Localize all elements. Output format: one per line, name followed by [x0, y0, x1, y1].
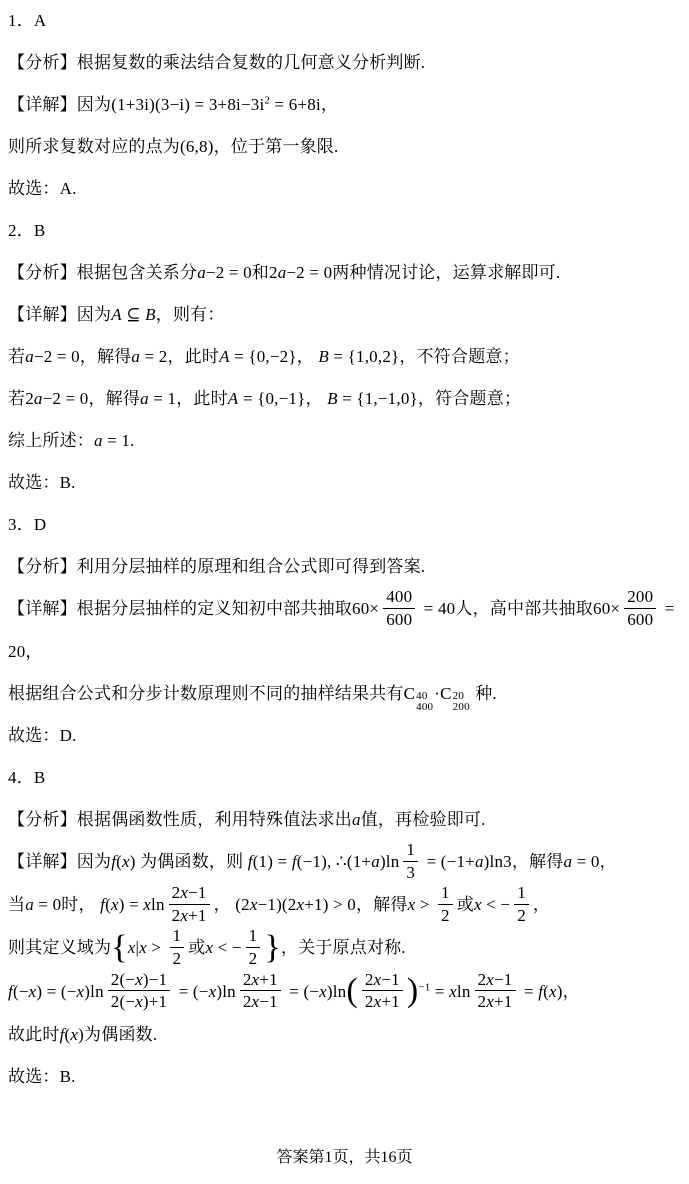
fraction-numerator: 400 [383, 587, 415, 609]
math-run: = {0,−1} [238, 389, 305, 408]
solution-line: 则其定义域为{x|x > 12或x < −12}，关于原点对称. [8, 927, 681, 970]
fraction: 12 [514, 883, 529, 925]
solution-line: 【详解】因为A ⊆ B，则有： [8, 294, 681, 336]
solution-answer: 2．B [8, 210, 681, 252]
text-run: ，不符合题意； [399, 347, 519, 366]
math-variable: x [486, 970, 494, 989]
text-run: 根据组合公式和分步计数原理则不同的抽样结果共有 [8, 684, 404, 703]
text-run: ， [533, 895, 550, 914]
math-run: 2 [25, 389, 34, 408]
math-run: = {0,−2} [230, 347, 297, 366]
math-variable: x [135, 970, 143, 989]
text-run: 和 [252, 263, 269, 282]
text-run: ， [305, 389, 327, 408]
text-run: 两种情况讨论，运算求解即可. [332, 263, 560, 282]
math-variable: A [228, 389, 239, 408]
math-variable: a [563, 852, 572, 871]
text-run: 或 [457, 895, 474, 914]
text-run: 种. [471, 684, 497, 703]
math-variable: x [486, 992, 494, 1011]
fraction-numerator: 2x+1 [240, 970, 281, 992]
text-run: 【分析】利用分层抽样的原理和组合公式即可得到答案. [8, 557, 425, 576]
math-variable: a [371, 852, 380, 871]
fraction-denominator: 2 [438, 905, 453, 926]
math-variable: x [250, 895, 258, 914]
solution-line: 【详解】因为f(x) 为偶函数，则 f(1) = f(−1), ∴(1+a)ln… [8, 841, 681, 884]
solution-line: 【分析】根据复数的乘法结合复数的几何意义分析判断. [8, 42, 681, 84]
solution-line: 当a = 0时， f(x) = xln2x−12x+1， (2x−1)(2x+1… [8, 884, 681, 927]
math-run: = 0 [34, 895, 61, 914]
math-run: )ln [327, 982, 346, 1001]
subscript: 200 [453, 702, 470, 714]
math-run: −2 = 0 [43, 389, 89, 408]
text-run: ， [297, 347, 319, 366]
math-variable: x [374, 970, 382, 989]
fraction-numerator: 2(−x)−1 [108, 970, 170, 992]
math-run: (6,8) [180, 137, 214, 156]
text-run: 当 [8, 895, 25, 914]
math-run: (− [13, 982, 29, 1001]
fraction-numerator: 1 [514, 883, 529, 905]
text-run: 【分析】根据复数的乘法结合复数的几何意义分析判断. [8, 53, 425, 72]
math-run: = [520, 982, 539, 1001]
text-run: 故选：B. [8, 1067, 76, 1086]
fraction-denominator: 2 [514, 905, 529, 926]
math-variable: a [131, 347, 140, 366]
solution-answer: 1．A [8, 0, 681, 42]
fraction: 12 [170, 926, 185, 968]
math-run: = (− [285, 982, 319, 1001]
solution-line: 【分析】根据偶函数性质，利用特殊值法求出a值，再检验即可. [8, 799, 681, 841]
text-run: 若 [8, 389, 25, 408]
math-run: −2 = 0 [206, 263, 252, 282]
math-variable: x [252, 992, 260, 1011]
math-run: ·C [434, 684, 451, 703]
solution-line: 故选：B. [8, 1056, 681, 1098]
fraction-numerator: 2x−1 [362, 970, 403, 992]
solution-block: 2．B【分析】根据包含关系分a−2 = 0和2a−2 = 0两种情况讨论，运算求… [8, 210, 681, 504]
fraction-denominator: 2x+1 [169, 905, 210, 926]
text-run: 【分析】根据包含关系分 [8, 263, 197, 282]
subscript: 400 [416, 702, 433, 714]
text-run: ， [563, 982, 580, 1001]
math-run: ln [457, 982, 471, 1001]
math-run: = 1 [149, 389, 176, 408]
fraction: 200600 [624, 587, 656, 629]
text-run: 【详解】因为 [8, 852, 111, 871]
solution-line: 故选：D. [8, 715, 681, 757]
fraction-denominator: 2x+1 [475, 991, 516, 1012]
math-variable: a [475, 852, 484, 871]
text-run: 故此时 [8, 1025, 60, 1044]
math-run: = 40 [419, 599, 455, 618]
math-variable: B [145, 305, 156, 324]
fraction: 2(−x)−12(−x)+1 [108, 970, 170, 1012]
math-variable: B [327, 389, 338, 408]
solution-line: 【详解】根据分层抽样的定义知初中部共抽取60×400600 = 40人，高中部共… [8, 588, 681, 673]
text-run: ，解得 [88, 389, 140, 408]
text-run: ，解得 [512, 852, 564, 871]
text-run: 【分析】根据偶函数性质，利用特殊值法求出 [8, 810, 352, 829]
math-run: −2 = 0 [286, 263, 332, 282]
combination-indices: 40400 [416, 691, 433, 714]
text-run: 则其定义域为 [8, 938, 111, 957]
text-run: ， [600, 852, 617, 871]
math-variable: A [219, 347, 230, 366]
fraction-numerator: 1 [403, 840, 418, 862]
solution-line: 【分析】利用分层抽样的原理和组合公式即可得到答案. [8, 546, 681, 588]
solution-block: 4．B【分析】根据偶函数性质，利用特殊值法求出a值，再检验即可.【详解】因为f(… [8, 757, 681, 1098]
math-run: > [147, 938, 166, 957]
solution-line: 【分析】根据包含关系分a−2 = 0和2a−2 = 0两种情况讨论，运算求解即可… [8, 252, 681, 294]
fraction: 13 [403, 840, 418, 882]
text-run: ，解得 [356, 895, 408, 914]
fraction: 2x−12x+1 [475, 970, 516, 1012]
math-variable: a [25, 347, 34, 366]
solution-answer: 3．D [8, 504, 681, 546]
text-run: . [130, 431, 134, 450]
text-run: ，此时 [167, 347, 219, 366]
text-run: ，则有： [156, 305, 225, 324]
fraction-denominator: 600 [383, 609, 415, 630]
math-run: (1+3i)(3−i) = 3+8i−3i [111, 95, 264, 114]
math-run: ) = [119, 895, 144, 914]
math-run: = (− [174, 982, 208, 1001]
fraction-numerator: 2x−1 [169, 883, 210, 905]
math-run: ⊆ [122, 305, 145, 324]
fraction: 2x+12x−1 [240, 970, 281, 1012]
text-run: 若 [8, 347, 25, 366]
combination-indices: 20200 [453, 691, 470, 714]
text-run: ，此时 [176, 389, 228, 408]
math-run: )ln [380, 852, 399, 871]
math-variable: x [449, 982, 457, 1001]
page-footer: 答案第1页，共16页 [8, 1150, 681, 1184]
fraction-numerator: 1 [438, 883, 453, 905]
math-variable: x [111, 895, 119, 914]
fraction-denominator: 2x+1 [362, 991, 403, 1012]
fraction-numerator: 2x−1 [475, 970, 516, 992]
solution-line: f(−x) = (−x)ln2(−x)−12(−x)+1 = (−x)ln2x+… [8, 971, 681, 1014]
math-run: ln [151, 895, 165, 914]
math-variable: x [474, 895, 482, 914]
fraction: 12 [246, 926, 261, 968]
solution-answer: 4．B [8, 757, 681, 799]
solution-block: 1．A【分析】根据复数的乘法结合复数的几何意义分析判断.【详解】因为(1+3i)… [8, 0, 681, 210]
math-variable: x [180, 906, 188, 925]
math-run: 60× [352, 599, 379, 618]
fraction-denominator: 2 [246, 948, 261, 969]
math-variable: x [135, 992, 143, 1011]
math-run: (2 [235, 895, 250, 914]
math-run: = {1,−1,0} [338, 389, 418, 408]
math-run: 2 [269, 263, 278, 282]
math-variable: x [180, 883, 188, 902]
fraction-denominator: 3 [403, 862, 418, 883]
math-variable: a [352, 810, 361, 829]
text-run: ， [25, 642, 42, 661]
math-run: )ln [84, 982, 103, 1001]
math-run: 60× [593, 599, 620, 618]
solution-line: 综上所述：a = 1. [8, 420, 681, 462]
math-run: ) = (− [36, 982, 76, 1001]
text-run: 人，高中部共抽取 [455, 599, 593, 618]
math-variable: x [252, 970, 260, 989]
solution-line: 故选：B. [8, 462, 681, 504]
text-run: 故选：D. [8, 726, 77, 745]
solution-line: 根据组合公式和分步计数原理则不同的抽样结果共有C40400·C20200 种. [8, 673, 681, 715]
math-run: −1)(2 [258, 895, 297, 914]
text-run: 故选：A. [8, 179, 77, 198]
text-run: 或 [188, 938, 205, 957]
math-variable: x [122, 852, 130, 871]
text-run: ， [321, 95, 338, 114]
text-run: 则所求复数对应的点为 [8, 137, 180, 156]
fraction-denominator: 2x−1 [240, 991, 281, 1012]
math-run: = (−1+ [422, 852, 475, 871]
text-run: 为偶函数，则 [136, 852, 248, 871]
text-run: 时， [61, 895, 100, 914]
math-variable: x [70, 1025, 78, 1044]
text-run: 故选：B. [8, 473, 76, 492]
math-variable: B [318, 347, 329, 366]
text-run: 【详解】因为 [8, 95, 111, 114]
text-run: ，位于第一象限. [214, 137, 339, 156]
math-run: )ln3 [484, 852, 512, 871]
solution-line: 【详解】因为(1+3i)(3−i) = 3+8i−3i2 = 6+8i， [8, 84, 681, 126]
math-run: )ln [216, 982, 235, 1001]
fraction-denominator: 2(−x)+1 [108, 991, 170, 1012]
fraction-denominator: 600 [624, 609, 656, 630]
math-variable: a [197, 263, 206, 282]
math-run: = 0 [572, 852, 599, 871]
text-run: 【详解】因为 [8, 305, 111, 324]
fraction-numerator: 200 [624, 587, 656, 609]
fraction-denominator: 2 [170, 948, 185, 969]
solution-line: 若a−2 = 0，解得a = 2，此时A = {0,−2}， B = {1,0,… [8, 336, 681, 378]
math-variable: a [25, 895, 34, 914]
fraction: 2x−12x+1 [169, 883, 210, 925]
math-run: < − [482, 895, 510, 914]
fraction: 12 [438, 883, 453, 925]
text-run: ， [214, 895, 236, 914]
math-run: (1) = [253, 852, 292, 871]
math-variable: A [111, 305, 122, 324]
math-variable: x [374, 992, 382, 1011]
math-variable: x [139, 938, 147, 957]
solution-line: 故此时f(x)为偶函数. [8, 1014, 681, 1056]
math-run: = 2 [140, 347, 167, 366]
math-run: = 6+8i [270, 95, 321, 114]
text-run: 【详解】根据分层抽样的定义知初中部共抽取 [8, 599, 352, 618]
math-variable: a [94, 431, 103, 450]
math-variable: x [319, 982, 327, 1001]
solution-line: 故选：A. [8, 168, 681, 210]
solution-line: 若2a−2 = 0，解得a = 1，此时A = {0,−1}， B = {1,−… [8, 378, 681, 420]
solutions-container: 1．A【分析】根据复数的乘法结合复数的几何意义分析判断.【详解】因为(1+3i)… [8, 0, 681, 1098]
text-run: ，解得 [80, 347, 132, 366]
math-variable: x [143, 895, 151, 914]
fraction: 2x−12x+1 [362, 970, 403, 1012]
math-run: > [415, 895, 434, 914]
text-run: ，符合题意； [418, 389, 521, 408]
math-run: −2 = 0 [34, 347, 80, 366]
fraction-numerator: 1 [246, 926, 261, 948]
math-variable: x [549, 982, 557, 1001]
math-run: (−1), ∴(1+ [297, 852, 371, 871]
text-run: 值，再检验即可. [361, 810, 486, 829]
text-run: 为偶函数. [84, 1025, 157, 1044]
superscript: −1 [418, 981, 430, 993]
solution-line: 则所求复数对应的点为(6,8)，位于第一象限. [8, 126, 681, 168]
math-run: +1) > 0 [304, 895, 356, 914]
math-variable: a [140, 389, 149, 408]
fraction-numerator: 1 [170, 926, 185, 948]
math-run: < − [213, 938, 241, 957]
math-run: C [404, 684, 416, 703]
fraction: 400600 [383, 587, 415, 629]
math-run: = 1 [103, 431, 130, 450]
math-variable: a [34, 389, 43, 408]
document-page: 1．A【分析】根据复数的乘法结合复数的几何意义分析判断.【详解】因为(1+3i)… [0, 0, 689, 1184]
math-run: = {1,0,2} [329, 347, 399, 366]
solution-block: 3．D【分析】利用分层抽样的原理和组合公式即可得到答案.【详解】根据分层抽样的定… [8, 504, 681, 757]
text-run: 综上所述： [8, 431, 94, 450]
math-run: = [430, 982, 449, 1001]
text-run: ，关于原点对称. [281, 938, 406, 957]
